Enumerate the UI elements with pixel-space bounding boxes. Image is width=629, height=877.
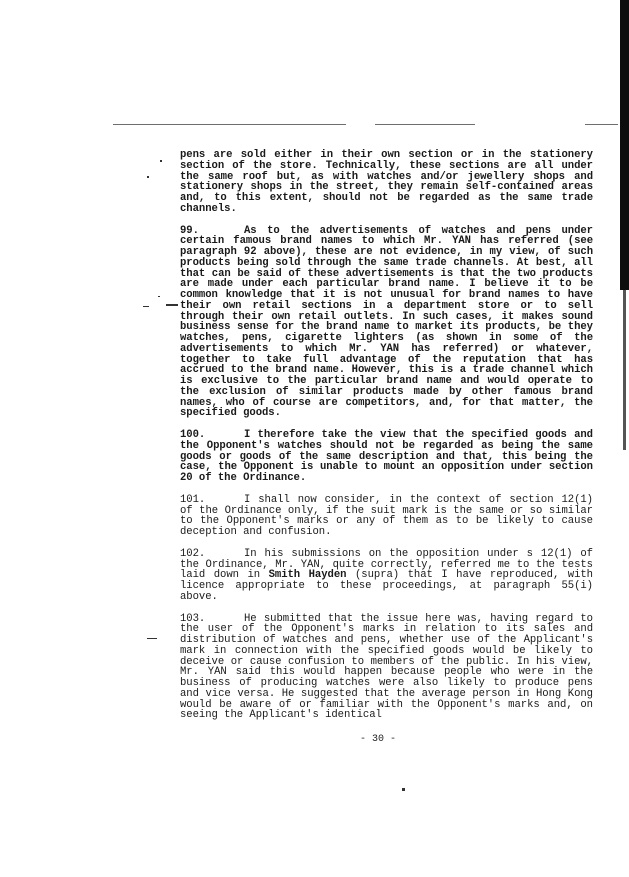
page-number: - 30 - <box>360 734 396 745</box>
scan-speck <box>160 160 162 162</box>
paragraph-continued: pens are sold either in their own sectio… <box>180 150 593 215</box>
scan-edge-shadow-lower <box>623 290 626 450</box>
scan-speck <box>147 176 149 178</box>
paragraph-text: As to the advertisements of watches and … <box>180 225 593 420</box>
paragraph-100: 100.I therefore take the view that the s… <box>180 430 593 484</box>
paragraph-99: 99.As to the advertisements of watches a… <box>180 226 593 420</box>
paragraph-text: He submitted that the issue here was, ha… <box>180 613 593 722</box>
paragraph-101: 101.I shall now consider, in the context… <box>180 495 593 538</box>
paragraph-103: 103.He submitted that the issue here was… <box>180 614 593 722</box>
scan-edge-shadow <box>620 0 629 290</box>
margin-dash-mark <box>147 638 157 639</box>
scan-speck <box>402 788 405 791</box>
header-rule-middle <box>375 124 475 125</box>
header-rule-right <box>585 124 618 125</box>
header-rule-left <box>113 124 346 125</box>
paragraph-102: 102.In his submissions on the opposition… <box>180 549 593 603</box>
margin-mark <box>158 296 160 297</box>
margin-arrow-mark <box>166 304 178 306</box>
document-body: pens are sold either in their own sectio… <box>180 150 593 732</box>
margin-mark <box>143 306 149 307</box>
